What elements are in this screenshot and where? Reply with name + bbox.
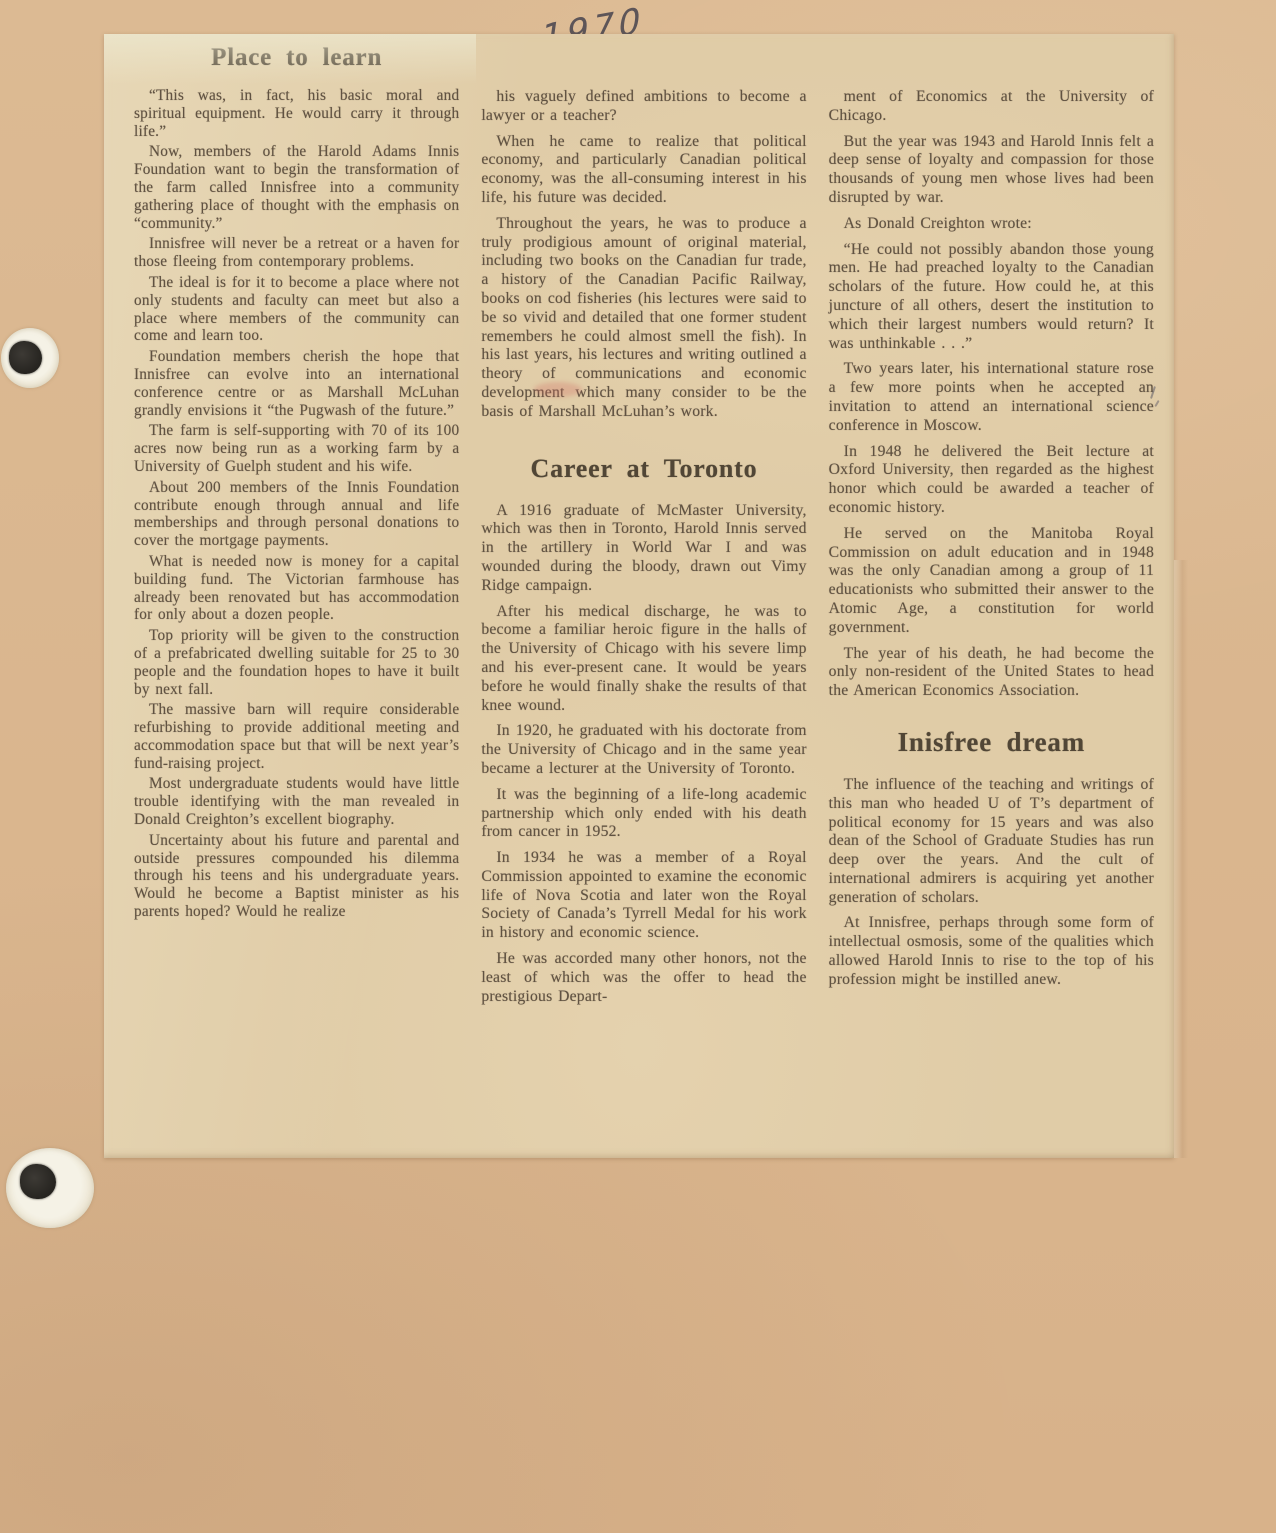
news-paragraph: Uncertainty about his future and parenta… <box>134 832 459 921</box>
news-paragraph: The farm is self-supporting with 70 of i… <box>134 422 459 475</box>
punch-hole <box>20 1164 56 1199</box>
clipping-edge-seam <box>1174 560 1188 1158</box>
news-paragraph: In 1920, he graduated with his doctorate… <box>481 722 806 778</box>
section-headline: Place to learn <box>134 44 459 72</box>
news-paragraph: Most undergraduate students would have l… <box>134 775 459 828</box>
news-paragraph: Two years later, his international statu… <box>829 360 1154 435</box>
news-paragraph: Innisfree will never be a retreat or a h… <box>134 235 459 271</box>
news-paragraph: As Donald Creighton wrote: <box>829 215 1154 234</box>
news-paragraph: ment of Economics at the University of C… <box>829 88 1154 126</box>
news-paragraph: Now, members of the Harold Adams Innis F… <box>134 143 459 232</box>
section-headline: Career at Toronto <box>481 454 806 484</box>
news-paragraph: When he came to realize that political e… <box>481 133 806 208</box>
news-paragraph: He served on the Manitoba Royal Commissi… <box>829 525 1154 638</box>
clipping-columns: Place to learn“This was, in fact, his ba… <box>134 40 1154 1158</box>
news-paragraph: Foundation members cherish the hope that… <box>134 348 459 419</box>
news-paragraph: He was accorded many other honors, not t… <box>481 950 806 1006</box>
red-smudge <box>534 382 582 397</box>
hole-punch-reinforcement <box>1 328 59 388</box>
scrapbook-page: 1970 INNIS CONTD Place to learn“This was… <box>0 0 1276 1533</box>
news-paragraph: The ideal is for it to become a place wh… <box>134 274 459 345</box>
news-paragraph: About 200 members of the Innis Foundatio… <box>134 479 459 550</box>
news-paragraph: But the year was 1943 and Harold Innis f… <box>829 133 1154 208</box>
news-paragraph: “He could not possibly abandon those you… <box>829 241 1154 354</box>
newspaper-clipping: Place to learn“This was, in fact, his ba… <box>104 34 1174 1158</box>
pencil-stroke <box>1154 400 1159 407</box>
hole-punch-reinforcement <box>6 1148 94 1228</box>
pencil-stroke <box>1150 386 1156 399</box>
news-paragraph: What is needed now is money for a capita… <box>134 553 459 624</box>
news-paragraph: A 1916 graduate of McMaster University, … <box>481 502 806 596</box>
news-paragraph: his vaguely defined ambitions to become … <box>481 88 806 126</box>
news-paragraph: The massive barn will require considerab… <box>134 701 459 772</box>
news-column-1: Place to learn“This was, in fact, his ba… <box>134 40 459 1158</box>
news-paragraph: The influence of the teaching and writin… <box>829 776 1154 908</box>
news-paragraph: At Innisfree, perhaps through some form … <box>829 914 1154 989</box>
news-paragraph: Throughout the years, he was to produce … <box>481 215 806 422</box>
news-paragraph: After his medical discharge, he was to b… <box>481 603 806 716</box>
news-paragraph: In 1934 he was a member of a Royal Commi… <box>481 849 806 943</box>
pencil-mark <box>1146 386 1160 408</box>
news-column-2: his vaguely defined ambitions to become … <box>481 40 806 1158</box>
punch-hole <box>9 341 42 374</box>
section-headline: Inisfree dream <box>829 727 1154 758</box>
news-paragraph: It was the beginning of a life-long acad… <box>481 786 806 842</box>
news-paragraph: In 1948 he delivered the Beit lecture at… <box>829 443 1154 518</box>
news-paragraph: “This was, in fact, his basic moral and … <box>134 87 459 140</box>
news-paragraph: Top priority will be given to the constr… <box>134 627 459 698</box>
news-column-3: ment of Economics at the University of C… <box>829 40 1154 1158</box>
news-paragraph: The year of his death, he had become the… <box>829 645 1154 701</box>
